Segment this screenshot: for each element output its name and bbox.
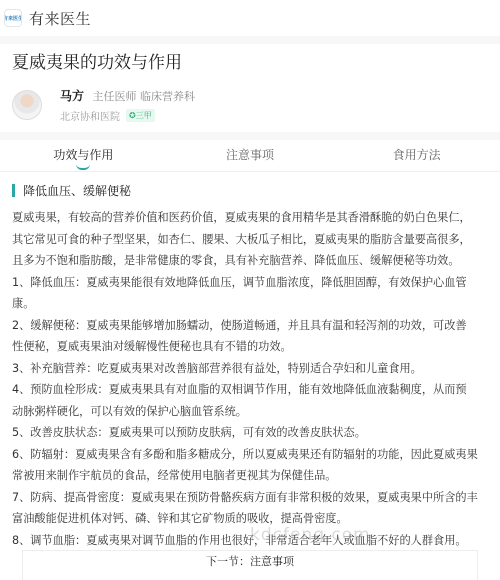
doctor-title: 主任医师 — [93, 90, 137, 103]
content-line: 4、预防血栓形成：夏威夷果具有对血脂的双相调节作用，能有效地降低血液黏稠度，从而… — [12, 379, 500, 401]
page-title: 夏威夷果的功效与作用 — [0, 44, 500, 78]
watermark: kdcfeng.com — [250, 525, 371, 545]
divider — [0, 132, 500, 140]
tab-effects[interactable]: 功效与作用 — [0, 140, 167, 171]
doctor-info: 马方 主任医师 临床营养科 北京协和医院 ✪三甲 — [60, 87, 195, 123]
article-content: 夏威夷果，有较高的营养价值和医药价值，夏威夷果的食用精华是其香滑酥脆的奶白色果仁… — [0, 205, 500, 551]
next-section-button[interactable]: 下一节：注意事项 — [22, 550, 478, 570]
divider — [0, 36, 500, 44]
doctor-department: 临床营养科 — [140, 90, 195, 103]
doctor-card[interactable]: 马方 主任医师 临床营养科 北京协和医院 ✪三甲 — [0, 78, 500, 128]
top-bar: 有来医生 有来医生 — [0, 0, 500, 36]
section-header: 降低血压、缓解便秘 — [0, 172, 500, 205]
doctor-hospital: 北京协和医院 — [60, 108, 120, 123]
content-line: 康。 — [12, 293, 500, 315]
doctor-avatar[interactable] — [12, 90, 42, 120]
content-line: 2、缓解便秘：夏威夷果能够增加肠蠕动，使肠道畅通，并且具有温和轻泻剂的功效，可改… — [12, 315, 500, 337]
badge-icon: ✪ — [129, 111, 136, 120]
tab-precautions[interactable]: 注意事项 — [167, 140, 334, 171]
content-line: 且多为不饱和脂肪酸，是非常健康的零食，具有补充脑营养、降低血压、缓解便秘等功效。 — [12, 250, 500, 272]
content-line: 7、防病、提高骨密度：夏威夷果在预防骨骼疾病方面有非常积极的效果，夏威夷果中所含… — [12, 487, 500, 509]
doctor-name: 马方 — [60, 89, 84, 103]
content-line: 常被用来制作宇航员的食品，经常使用电脑者更视其为保健佳品。 — [12, 465, 500, 487]
content-line: 动脉粥样硬化，可以有效的保护心脑血管系统。 — [12, 401, 500, 423]
section-accent-bar — [12, 184, 15, 197]
content-line: 性便秘，夏威夷果油对缓解慢性便秘也具有不错的功效。 — [12, 336, 500, 358]
content-line: 其它常见可食的种子型坚果，如杏仁、腰果、大板瓜子相比，夏威夷果的脂肪含量要高很多… — [12, 229, 500, 251]
content-line: 1、降低血压：夏威夷果能很有效地降低血压，调节血脂浓度，降低胆固醇，有效保护心血… — [12, 272, 500, 294]
content-line: 6、防辐射：夏威夷果含有多酚和脂多糖成分，所以夏威夷果还有防辐射的功能，因此夏威… — [12, 444, 500, 466]
app-brand[interactable]: 有来医生 — [29, 8, 91, 29]
content-line: 3、补充脑营养：吃夏威夷果对改善脑部营养很有益处，特别适合孕妇和儿童食用。 — [12, 358, 500, 380]
content-line: 5、改善皮肤状态：夏威夷果可以预防皮肤病，可有效的改善皮肤状态。 — [12, 422, 500, 444]
tab-usage[interactable]: 食用方法 — [333, 140, 500, 171]
section-title: 降低血压、缓解便秘 — [23, 182, 131, 199]
content-line: 夏威夷果，有较高的营养价值和医药价值，夏威夷果的食用精华是其香滑酥脆的奶白色果仁… — [12, 207, 500, 229]
tab-bar: 功效与作用 注意事项 食用方法 — [0, 140, 500, 172]
hospital-level-badge: ✪三甲 — [126, 109, 155, 122]
app-logo-icon[interactable]: 有来医生 — [4, 9, 22, 27]
